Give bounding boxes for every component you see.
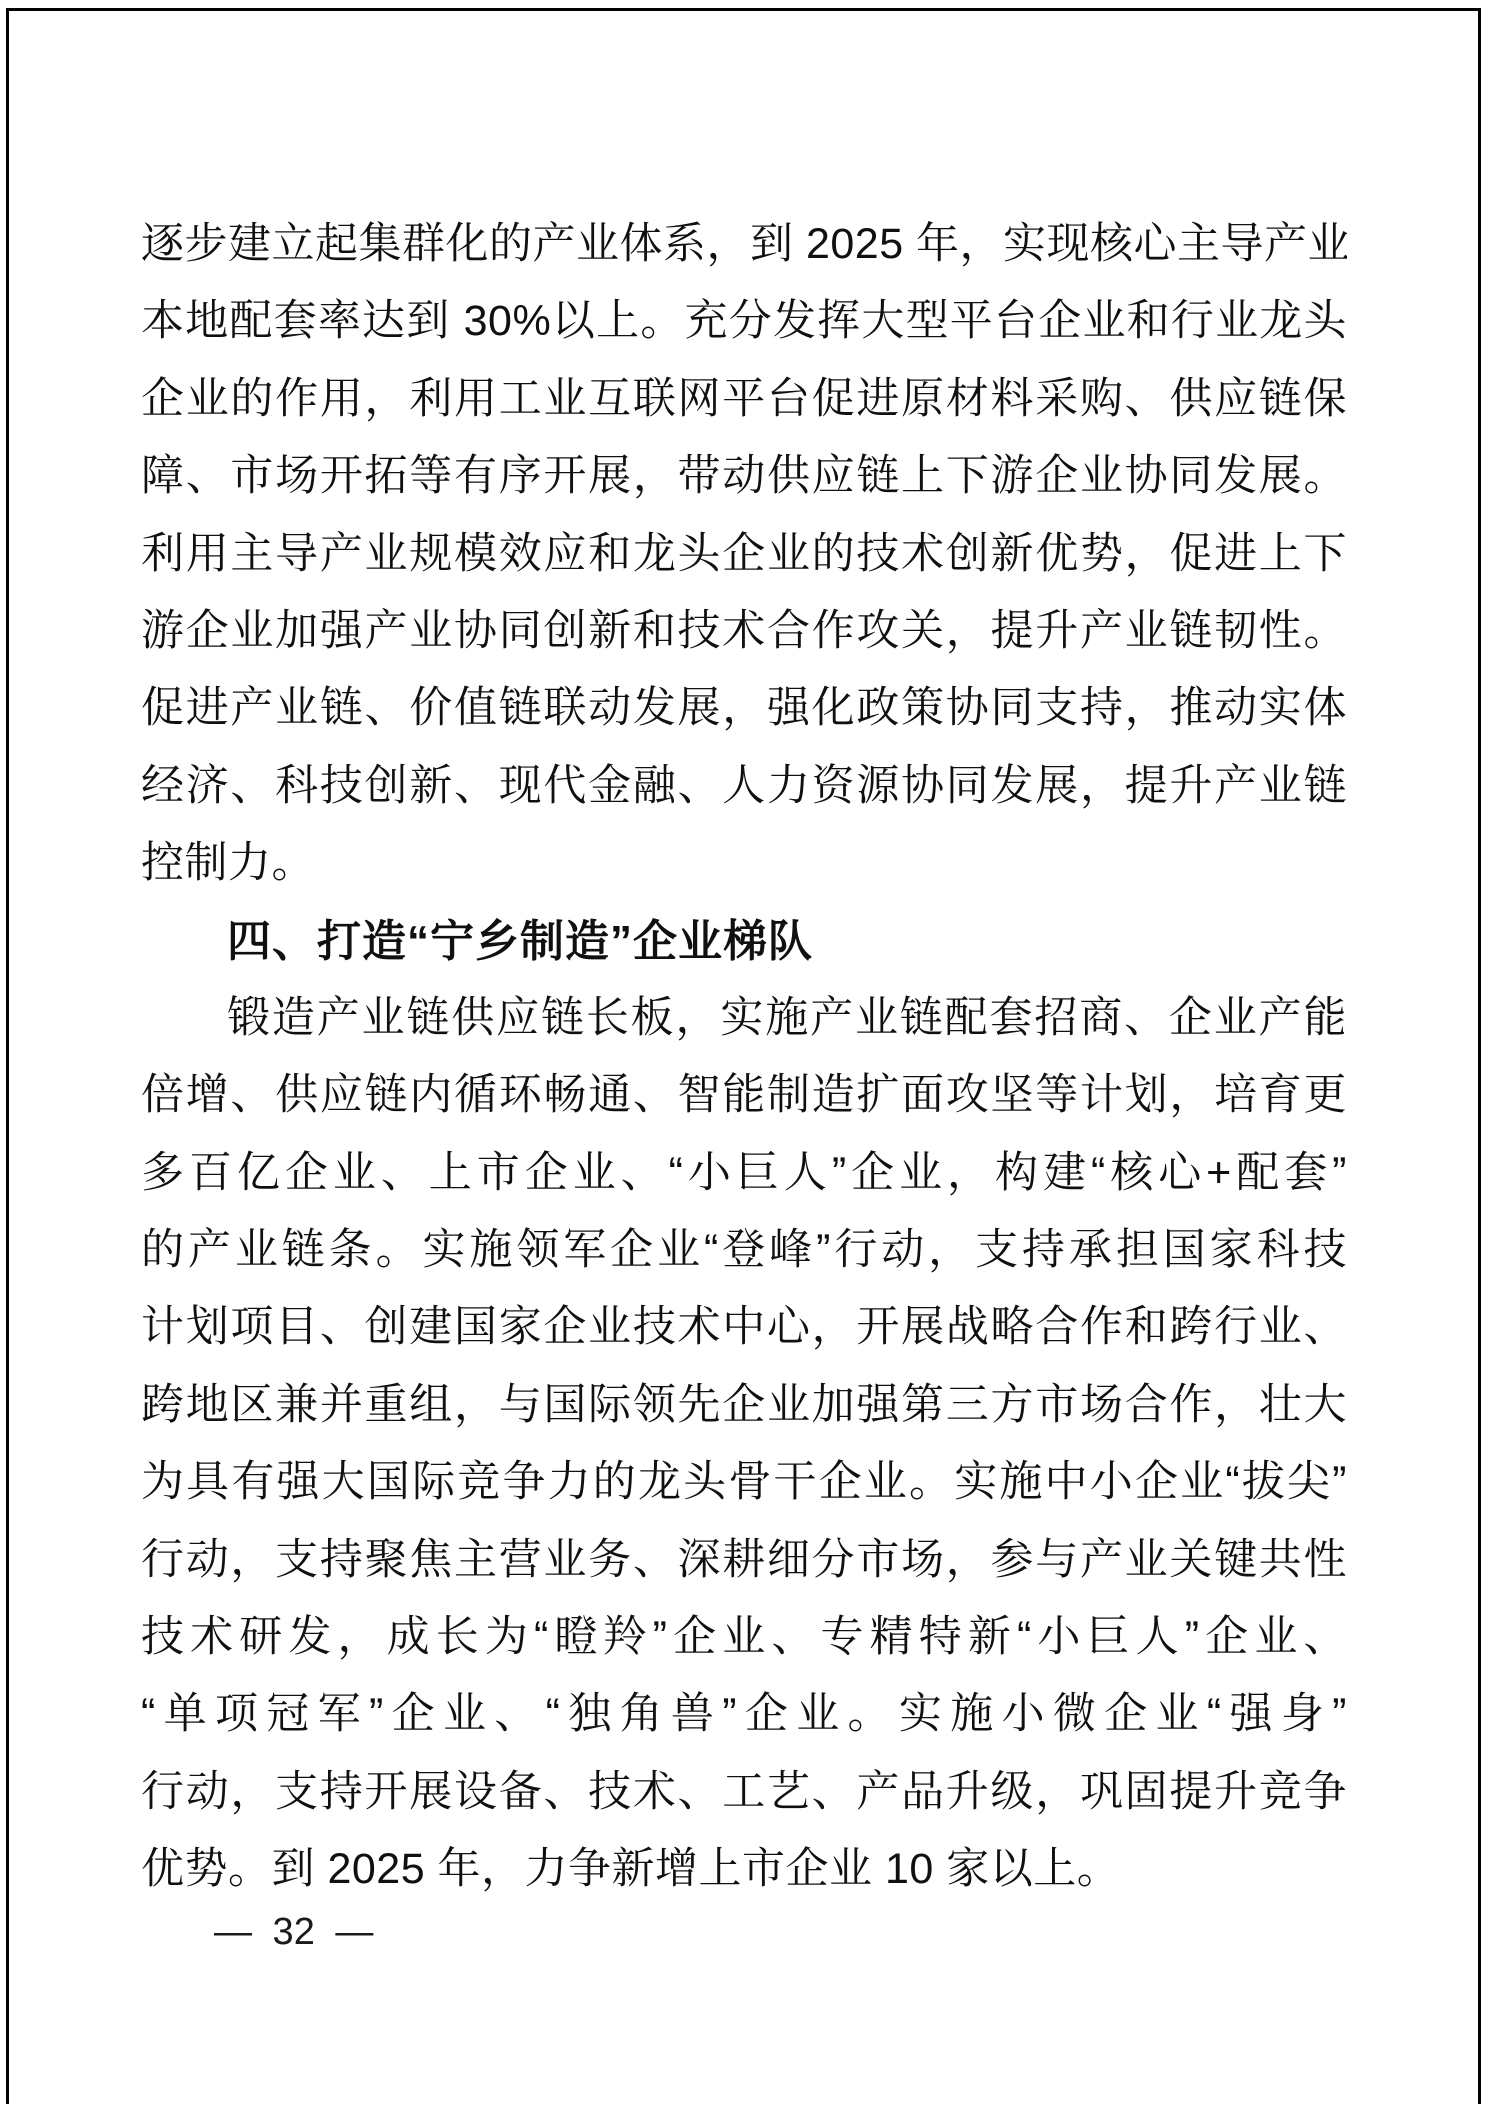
paragraph-line: 锻造产业链供应链长板，实施产业链配套招商、企业产能 — [141, 980, 1347, 1057]
paragraph-line: 企业的作用，利用工业互联网平台促进原材料采购、供应链保 — [141, 361, 1347, 438]
section-heading: 四、打造“宁乡制造”企业梯队 — [141, 903, 1347, 980]
page-number: — 32 — — [214, 1908, 373, 1956]
paragraph-line: 经济、科技创新、现代金融、人力资源协同发展，提升产业链 — [141, 748, 1347, 825]
paragraph-line: 为具有强大国际竞争力的龙头骨干企业。实施中小企业“拔尖” — [141, 1444, 1347, 1521]
paragraph-line: 障、市场开拓等有序开展，带动供应链上下游企业协同发展。 — [141, 438, 1347, 515]
paragraph-line: 的产业链条。实施领军企业“登峰”行动，支持承担国家科技 — [141, 1212, 1347, 1289]
paragraph-line: 游企业加强产业协同创新和技术合作攻关，提升产业链韧性。 — [141, 593, 1347, 670]
paragraph-line: 行动，支持聚焦主营业务、深耕细分市场，参与产业关键共性 — [141, 1522, 1347, 1599]
paragraph-line: 利用主导产业规模效应和龙头企业的技术创新优势，促进上下 — [141, 516, 1347, 593]
paragraph-line: 控制力。 — [141, 825, 1347, 902]
paragraph-line: 技术研发，成长为“瞪羚”企业、专精特新“小巨人”企业、 — [141, 1599, 1347, 1676]
paragraph-line: 计划项目、创建国家企业技术中心，开展战略合作和跨行业、 — [141, 1289, 1347, 1366]
paragraph-line: 逐步建立起集群化的产业体系，到 2025 年，实现核心主导产业 — [141, 206, 1347, 283]
paragraph-line: 多百亿企业、上市企业、“小巨人”企业，构建“核心+配套” — [141, 1135, 1347, 1212]
paragraph-line: 跨地区兼并重组，与国际领先企业加强第三方市场合作，壮大 — [141, 1367, 1347, 1444]
paragraph-line: 倍增、供应链内循环畅通、智能制造扩面攻坚等计划，培育更 — [141, 1057, 1347, 1134]
paragraph-line: 优势。到 2025 年，力争新增上市企业 10 家以上。 — [141, 1831, 1347, 1908]
document-body: 逐步建立起集群化的产业体系，到 2025 年，实现核心主导产业 本地配套率达到 … — [141, 206, 1347, 1909]
paragraph-line: 行动，支持开展设备、技术、工艺、产品升级，巩固提升竞争 — [141, 1754, 1347, 1831]
paragraph-line: 促进产业链、价值链联动发展，强化政策协同支持，推动实体 — [141, 670, 1347, 747]
paragraph-line: “单项冠军”企业、“独角兽”企业。实施小微企业“强身” — [141, 1676, 1347, 1753]
paragraph-line: 本地配套率达到 30%以上。充分发挥大型平台企业和行业龙头 — [141, 283, 1347, 360]
